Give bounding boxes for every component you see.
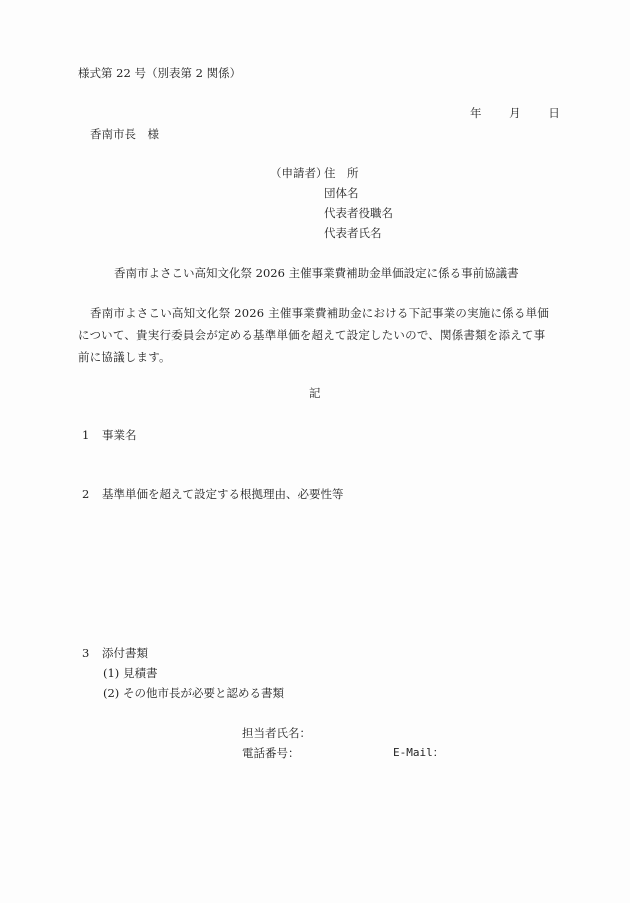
document-title: 香南市よさこい高知文化祭 2026 主催事業費補助金単価設定に係る事前協議書 [114, 266, 519, 280]
contact-phone-label: 電話番号： [242, 746, 300, 760]
addressee: 香南市長 様 [90, 127, 159, 141]
form-number: 様式第 22 号（別表第 2 関係） [78, 66, 241, 80]
date-year: 年 [470, 106, 482, 120]
item-2-number: 2 [82, 487, 89, 501]
applicant-rep-title-field: 代表者役職名 [324, 206, 393, 220]
body-paragraph: 香南市よさこい高知文化祭 2026 主催事業費補助金における下記事業の実施に係る… [78, 302, 556, 368]
item-2-label: 基準単価を超えて設定する根拠理由、必要性等 [102, 487, 344, 501]
item-1-label: 事業名 [102, 428, 137, 442]
attachment-1: (1) 見積書 [103, 666, 157, 680]
item-3-label: 添付書類 [102, 646, 148, 660]
attachment-2: (2) その他市長が必要と認める書類 [103, 686, 284, 700]
date-month: 月 [509, 106, 521, 120]
contact-person-label: 担当者氏名： [242, 726, 311, 740]
applicant-org-field: 団体名 [324, 186, 359, 200]
applicant-rep-name-field: 代表者氏名 [324, 226, 382, 240]
date-day: 日 [548, 106, 560, 120]
contact-email-label: E-Mail： [393, 746, 444, 760]
item-1-number: 1 [82, 428, 89, 442]
date-line: 年 月 日 [470, 106, 560, 120]
ki-heading: 記 [309, 386, 321, 400]
item-3-number: 3 [82, 646, 89, 660]
applicant-address-field: 住 所 [324, 166, 359, 180]
applicant-label: （申請者） [270, 166, 328, 180]
